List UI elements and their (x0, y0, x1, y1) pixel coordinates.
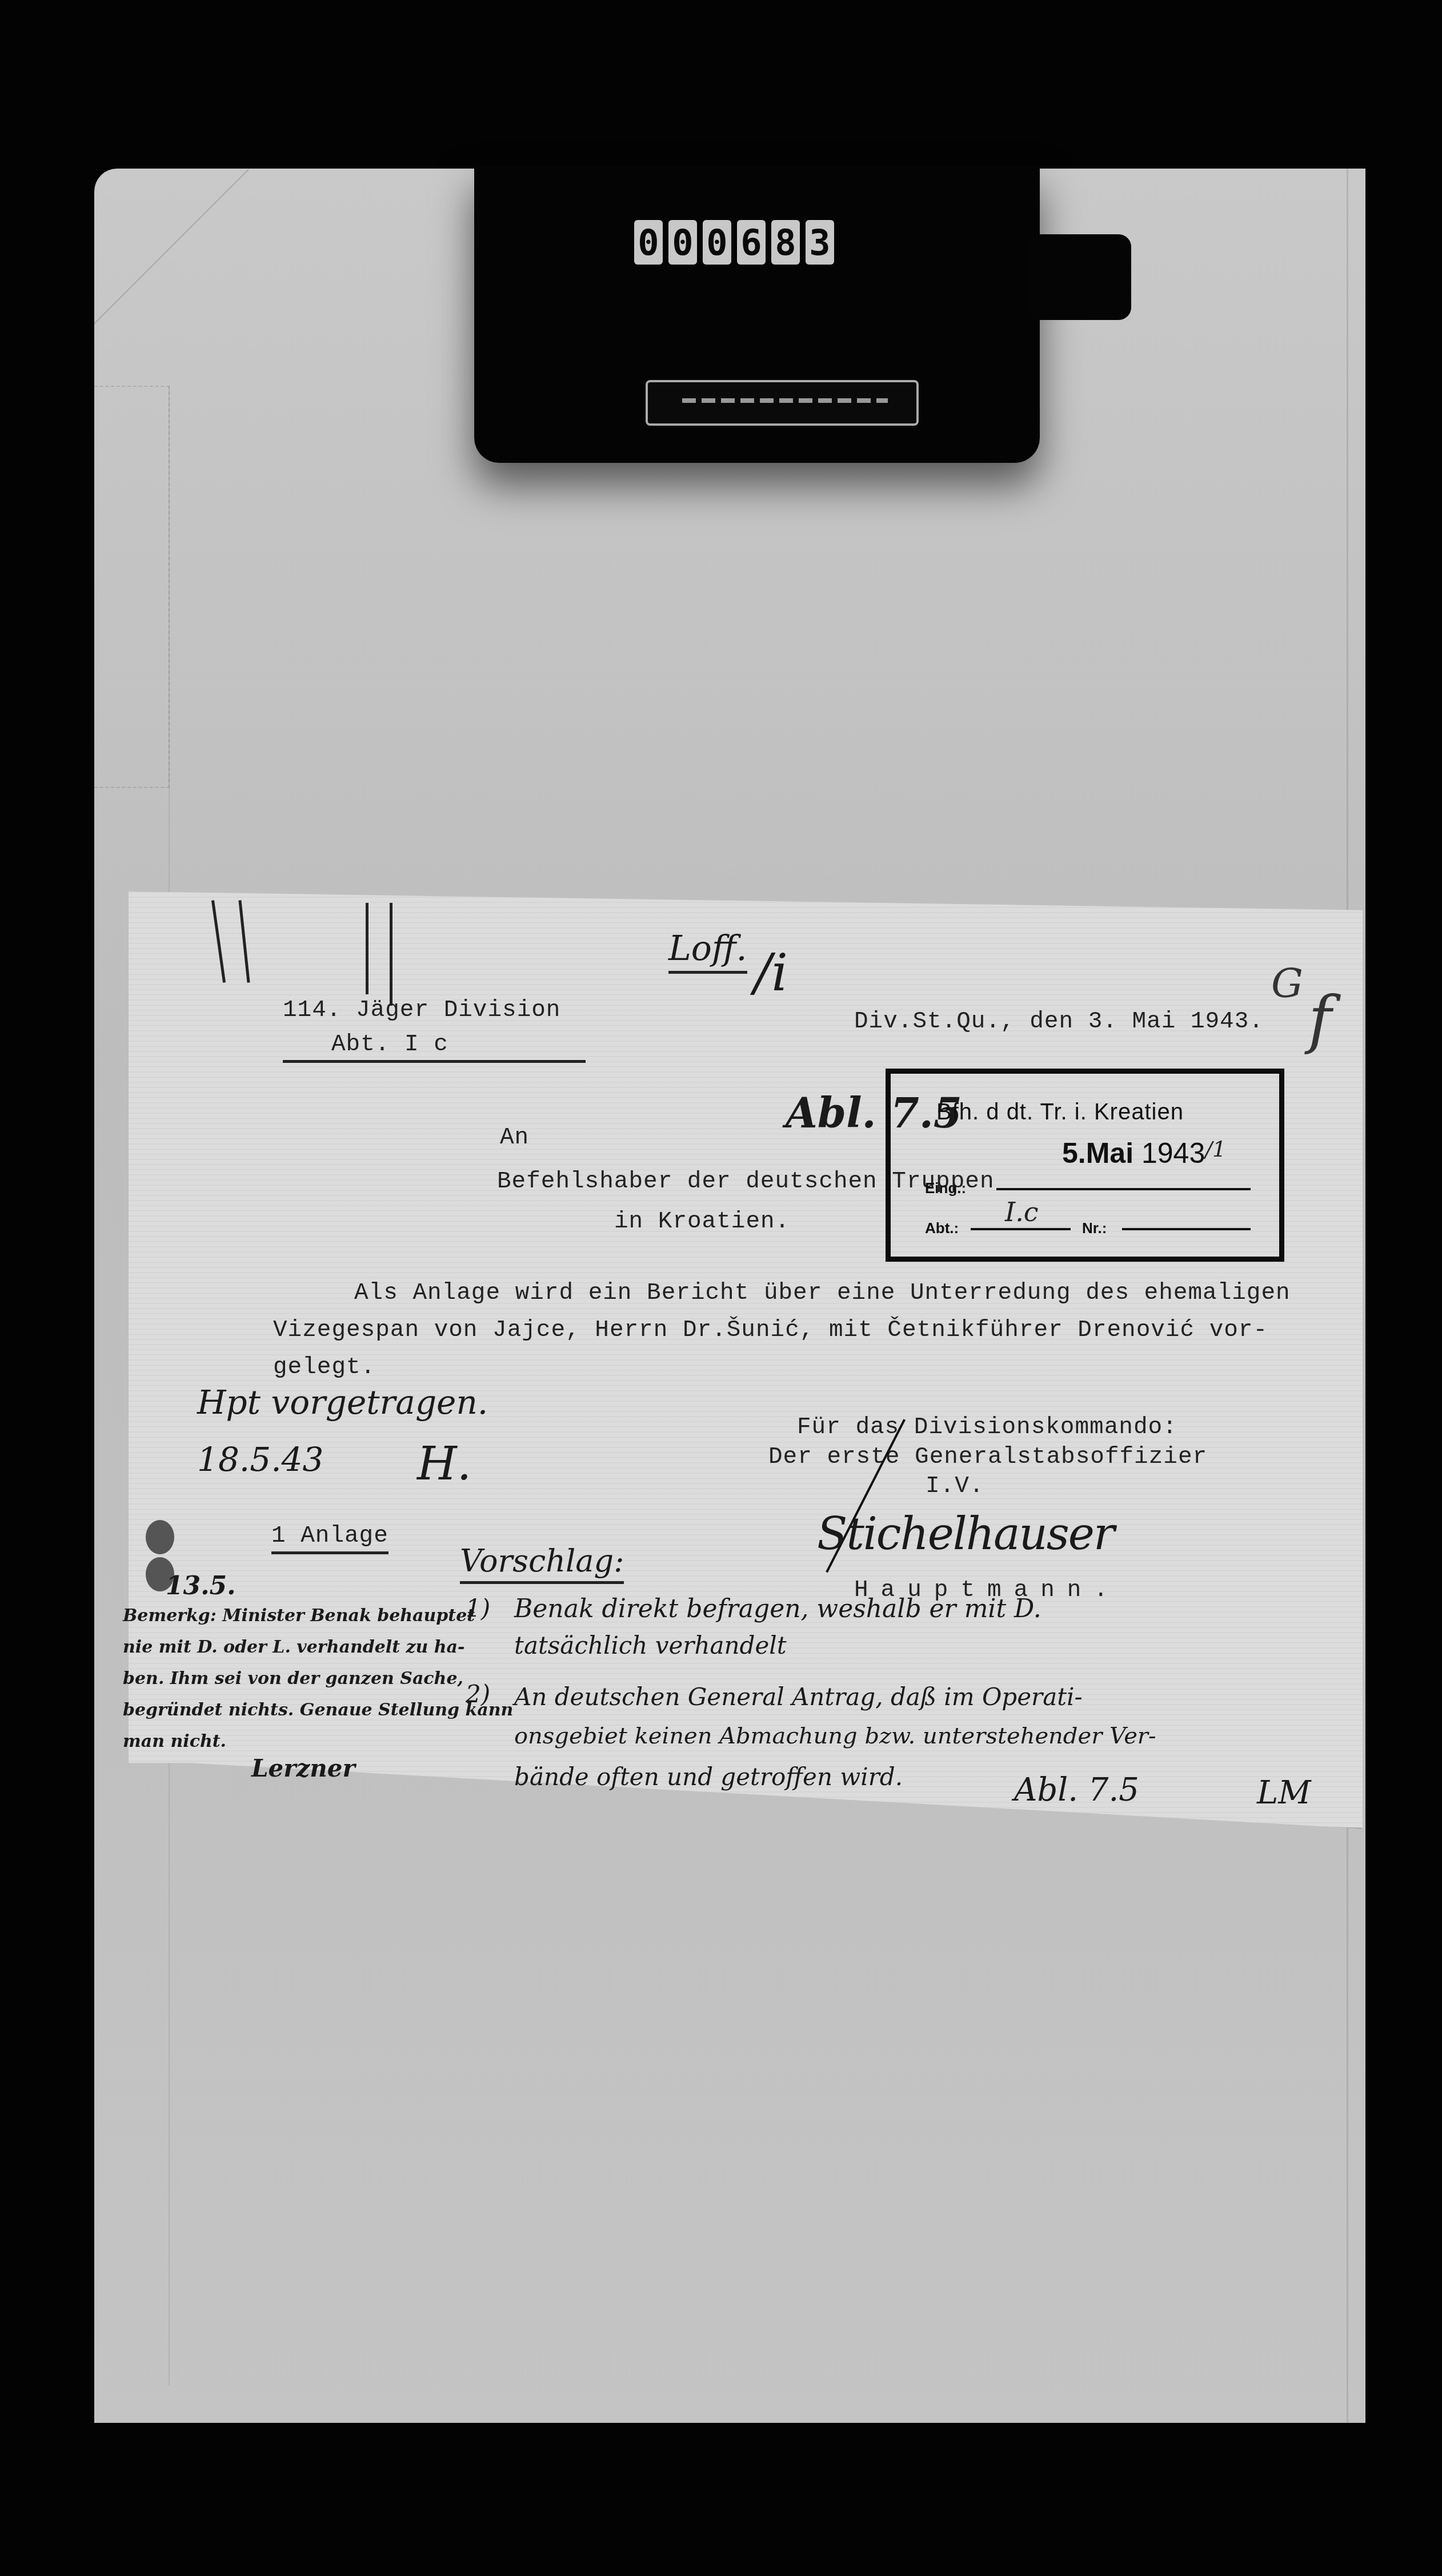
frame-counter-knob (1028, 234, 1131, 320)
sender-department: Abt. I c (283, 1031, 586, 1063)
left-annotation-line: nie mit D. oder L. verhandelt zu ha- (123, 1637, 464, 1657)
stamp-handwritten-suffix: /1 (1205, 1137, 1226, 1162)
left-annotation-date: 13.5. (166, 1571, 235, 1601)
enclosure-note: 1 Anlage (271, 1523, 388, 1554)
marginal-note-mark: H. (417, 1437, 471, 1490)
body-line3: gelegt. (273, 1354, 375, 1381)
filing-mark (366, 903, 368, 994)
stamp-organization: Bfh. d dt. Tr. i. Kreatien (936, 1099, 1184, 1125)
proposal-item-line: Benak direkt befragen, weshalb er mit D. (514, 1594, 1042, 1623)
corner-tick: f (1308, 983, 1332, 1056)
counter-digit: 0 (703, 220, 731, 265)
filing-mark (390, 903, 392, 1006)
stamp-date: 5.Mai 1943/1 (1062, 1137, 1205, 1170)
corner-initials: G (1271, 960, 1303, 1007)
stamp-nr-label: Nr.: (1082, 1219, 1107, 1237)
stamp-eing-line (996, 1188, 1251, 1190)
proposal-item-line: bände often und getroffen wird. (514, 1763, 903, 1791)
proposal-item-line: tatsächlich verhandelt (514, 1631, 787, 1659)
marginal-note-date: 18.5.43 (197, 1440, 323, 1479)
counter-slot (646, 380, 919, 426)
left-annotation-line: Bemerkg: Minister Benak behauptet (123, 1606, 475, 1626)
frame-counter: 0 0 0 6 8 3 (634, 220, 834, 265)
proposal-initials: LM (1257, 1774, 1311, 1811)
address-prefix: An (500, 1125, 529, 1151)
counter-digit: 6 (737, 220, 766, 265)
stamp-date-year: 1943 (1141, 1137, 1205, 1169)
left-annotation-signature: Lerzner (251, 1754, 355, 1782)
punch-hole (146, 1520, 174, 1554)
marginal-note-line1: Hpt vorgetragen. (197, 1383, 488, 1422)
body-line1: Als Anlage wird ein Bericht über eine Un… (354, 1280, 1291, 1306)
stamp-abt-line (971, 1228, 1071, 1230)
stamp-eing-label: Eing.: (925, 1179, 966, 1197)
stamp-date-day-month: 5.Mai (1062, 1137, 1133, 1169)
left-annotation-line: begründet nichts. Genaue Stellung kann (123, 1700, 513, 1720)
address-line2: in Kroatien. (614, 1209, 790, 1235)
counter-digit: 0 (634, 220, 663, 265)
sender-division: 114. Jäger Division (283, 997, 560, 1023)
proposal-item-num: 1) (466, 1594, 490, 1622)
counter-digit: 8 (771, 220, 800, 265)
proposal-item-num: 2) (466, 1680, 490, 1708)
signature-line3: I.V. (926, 1473, 984, 1499)
signature-line1: Für das Divisionskommando: (797, 1414, 1177, 1441)
proposal-heading: Vorschlag: (460, 1543, 624, 1584)
counter-digit: 0 (668, 220, 697, 265)
handwritten-initials: Loff. (668, 929, 747, 974)
stamp-nr-line (1122, 1228, 1251, 1230)
stamp-abt-value: I.c (1005, 1197, 1039, 1227)
handwritten-slash: /i (754, 943, 788, 1003)
stamp-abt-label: Abt.: (925, 1219, 959, 1237)
body-line2: Vizegespan von Jajce, Herrn Dr.Šunić, mi… (273, 1317, 1268, 1343)
left-annotation-line: ben. Ihm sei von der ganzen Sache, (123, 1669, 463, 1689)
proposal-item-line: onsgebiet keinen Abmachung bzw. unterste… (514, 1723, 1156, 1749)
handwritten-signature: Stichelhauser (817, 1509, 1113, 1560)
left-annotation-line: man nicht. (123, 1731, 226, 1751)
counter-digit: 3 (806, 220, 834, 265)
backing-ghost-box (94, 386, 170, 788)
proposal-item-line: An deutschen General Antrag, daß im Oper… (514, 1683, 1083, 1711)
received-stamp: Bfh. d dt. Tr. i. Kreatien 5.Mai 1943/1 … (886, 1069, 1284, 1262)
place-date: Div.St.Qu., den 3. Mai 1943. (854, 1009, 1264, 1035)
proposal-closing-mark: Abl. 7.5 (1014, 1771, 1139, 1809)
signature-line2: Der erste Generalstabsoffizier (768, 1444, 1207, 1470)
